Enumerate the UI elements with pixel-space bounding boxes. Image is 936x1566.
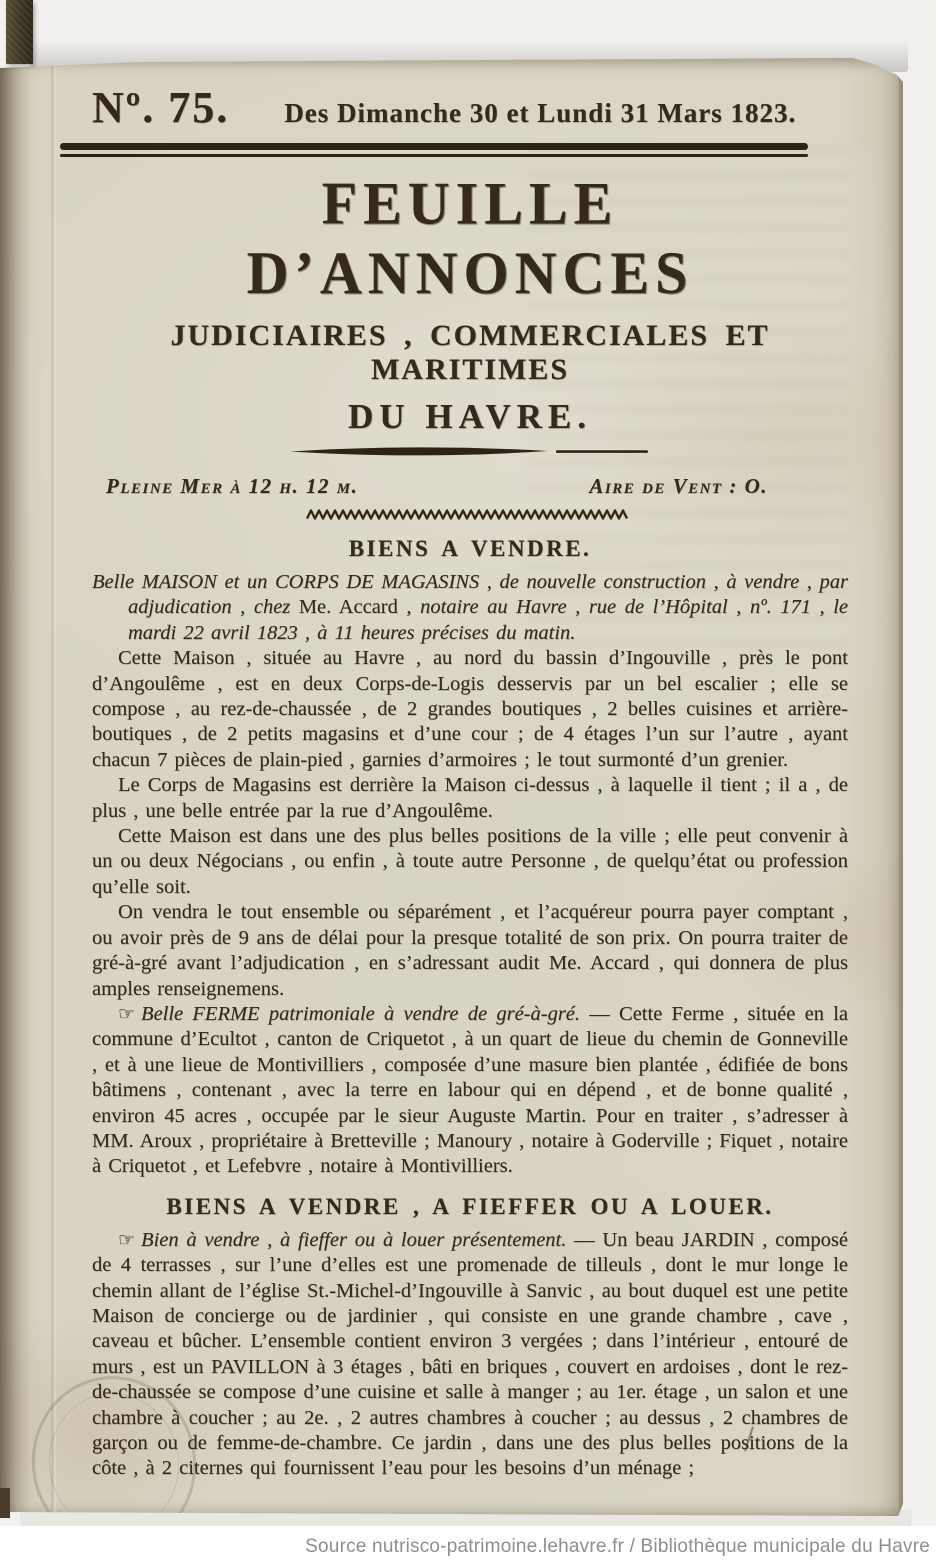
squiggle-divider — [305, 507, 635, 522]
text-segment: On vendra le tout ensemble ou séparément… — [92, 901, 848, 999]
binding-corner — [0, 1488, 10, 1518]
paragraph: On vendra le tout ensemble ou séparément… — [92, 900, 848, 1002]
manicule-icon: ☞ — [118, 1003, 135, 1025]
text-segment: Bien à vendre , à fieffer ou à louer pré… — [141, 1229, 566, 1251]
text-segment: Le Corps de Magasins est derrière la Mai… — [92, 774, 848, 821]
binding-strap — [6, 0, 33, 64]
paragraph: Cette Maison , située au Havre , au nord… — [92, 646, 848, 773]
masthead: Nº. 75. Des Dimanche 30 et Lundi 31 Mars… — [92, 82, 848, 133]
section-heading: BIENS A VENDRE , A FIEFFER OU A LOUER. — [92, 1194, 848, 1220]
page-content: Nº. 75. Des Dimanche 30 et Lundi 31 Mars… — [0, 58, 903, 1482]
tide-info: Pleine Mer à 12 h. 12 m. — [106, 474, 358, 499]
paragraph: Belle MAISON et un CORPS DE MAGASINS , d… — [92, 570, 848, 646]
tide-wind-row: Pleine Mer à 12 h. 12 m. Aire de Vent : … — [92, 474, 848, 499]
double-rule-divider — [60, 143, 808, 157]
newspaper-page: Nº. 75. Des Dimanche 30 et Lundi 31 Mars… — [0, 58, 903, 1516]
text-segment: Belle FERME patrimoniale à vendre de gré… — [141, 1003, 580, 1025]
paragraph: ☞Belle FERME patrimoniale à vendre de gr… — [92, 1002, 848, 1180]
scan-viewer: Nº. 75. Des Dimanche 30 et Lundi 31 Mars… — [0, 0, 936, 1566]
text-segment: Cette Maison est dans une des plus belle… — [92, 825, 848, 898]
paragraph: Cette Maison est dans une des plus belle… — [92, 824, 848, 900]
page-subtitle-1: JUDICIAIRES , COMMERCIALES ET MARITIMES — [92, 319, 848, 387]
manicule-icon: ☞ — [118, 1229, 135, 1251]
date-line: Des Dimanche 30 et Lundi 31 Mars 1823. — [284, 98, 796, 129]
page-title: FEUILLE D’ANNONCES — [92, 168, 848, 307]
announcements: BIENS A VENDRE.Belle MAISON et un CORPS … — [92, 536, 848, 1482]
text-segment: Cette Maison , située au Havre , au nord… — [92, 647, 848, 771]
text-segment: Me. Accard — [299, 596, 398, 618]
text-segment: — Un beau JARDIN , composé de 4 terrasse… — [92, 1229, 848, 1480]
swelled-rule-divider — [290, 445, 650, 458]
wind-info: Aire de Vent : O. — [589, 474, 768, 499]
section-heading: BIENS A VENDRE. — [92, 536, 848, 562]
issue-number: Nº. 75. — [92, 82, 229, 133]
source-credit: Source nutrisco-patrimoine.lehavre.fr / … — [0, 1536, 930, 1558]
text-segment: — Cette Ferme , située en la commune d’E… — [92, 1003, 848, 1177]
paragraph: ☞Bien à vendre , à fieffer ou à louer pr… — [92, 1228, 848, 1482]
rule-thick — [60, 143, 808, 150]
page-subtitle-2: DU HAVRE. — [92, 397, 848, 437]
paragraph: Le Corps de Magasins est derrière la Mai… — [92, 773, 848, 824]
rule-thin — [60, 154, 808, 157]
